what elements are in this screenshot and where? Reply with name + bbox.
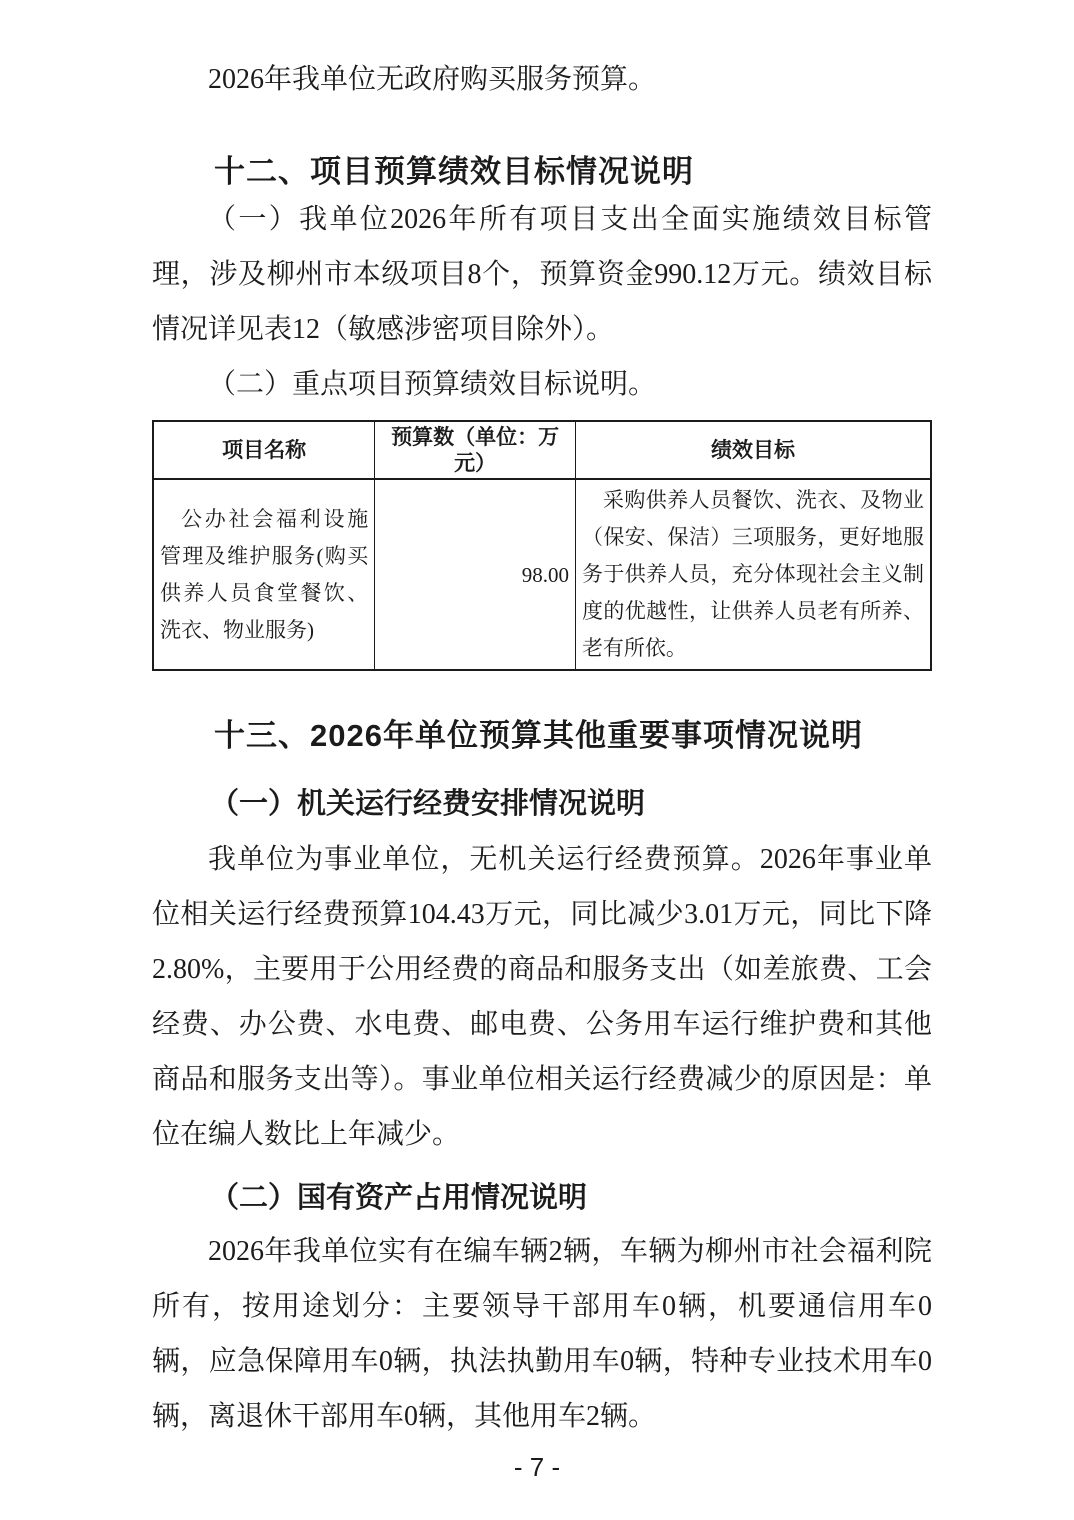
- header-budget-amount: 预算数（单位：万元）: [375, 421, 576, 479]
- performance-goal-table: 项目名称 预算数（单位：万元） 绩效目标 公办社会福利设施管理及维护服务(购买供…: [152, 420, 932, 671]
- section-12-paragraph-1: （一）我单位2026年所有项目支出全面实施绩效目标管理，涉及柳州市本级项目8个，…: [152, 192, 932, 357]
- section-13-heading: 十三、2026年单位预算其他重要事项情况说明: [152, 716, 932, 756]
- section-13-sub-2-paragraph: 2026年我单位实有在编车辆2辆，车辆为柳州市社会福利院所有，按用途划分：主要领…: [152, 1224, 932, 1444]
- section-12-heading: 十二、项目预算绩效目标情况说明: [152, 152, 932, 192]
- table-row: 公办社会福利设施管理及维护服务(购买供养人员食堂餐饮、洗衣、物业服务) 98.0…: [153, 479, 931, 670]
- section-13-sub-1-heading: （一）机关运行经费安排情况说明: [152, 784, 932, 824]
- section-13-sub-2-heading: （二）国有资产占用情况说明: [152, 1178, 932, 1218]
- project-name-text: 公办社会福利设施管理及维护服务(购买供养人员食堂餐饮、洗衣、物业服务): [160, 501, 368, 649]
- section-12-paragraph-2: （二）重点项目预算绩效目标说明。: [152, 357, 932, 412]
- page-number: - 7 -: [0, 1452, 1074, 1483]
- cell-performance-goal: 采购供养人员餐饮、洗衣、及物业（保安、保洁）三项服务，更好地服务于供养人员，充分…: [575, 479, 931, 670]
- table-header-row: 项目名称 预算数（单位：万元） 绩效目标: [153, 421, 931, 479]
- page-content: 2026年我单位无政府购买服务预算。 十二、项目预算绩效目标情况说明 （一）我单…: [0, 0, 1074, 1444]
- header-performance-goal: 绩效目标: [575, 421, 931, 479]
- intro-paragraph: 2026年我单位无政府购买服务预算。: [152, 52, 932, 107]
- cell-project-name: 公办社会福利设施管理及维护服务(购买供养人员食堂餐饮、洗衣、物业服务): [153, 479, 375, 670]
- document-page: 2026年我单位无政府购买服务预算。 十二、项目预算绩效目标情况说明 （一）我单…: [0, 0, 1074, 1520]
- header-project-name: 项目名称: [153, 421, 375, 479]
- section-13-sub-1-paragraph: 我单位为事业单位，无机关运行经费预算。2026年事业单位相关运行经费预算104.…: [152, 832, 932, 1162]
- cell-budget-amount: 98.00: [375, 479, 576, 670]
- performance-goal-text: 采购供养人员餐饮、洗衣、及物业（保安、保洁）三项服务，更好地服务于供养人员，充分…: [582, 482, 924, 667]
